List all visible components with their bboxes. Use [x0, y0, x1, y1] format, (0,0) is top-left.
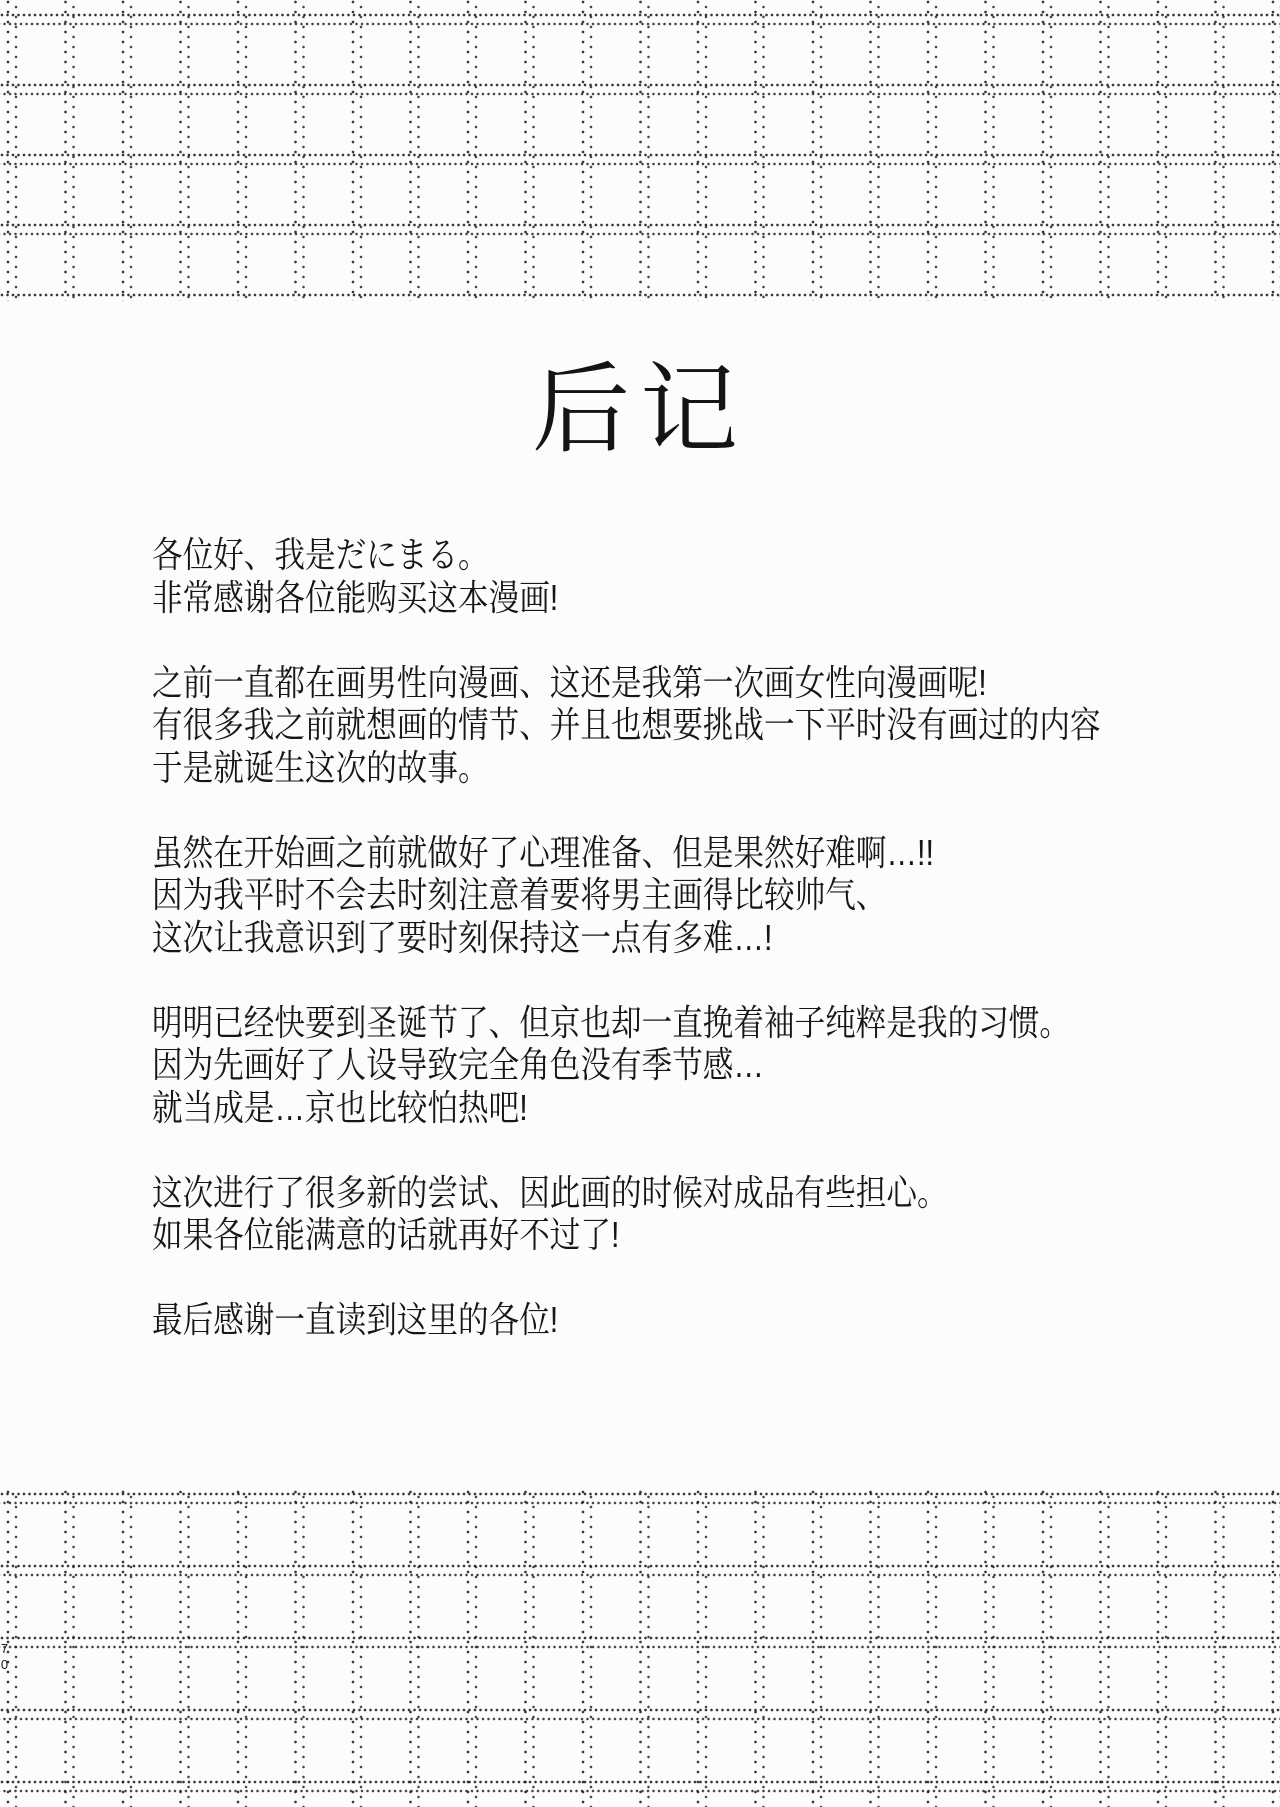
text-line: 各位好、我是だにまる。: [152, 534, 1223, 577]
paragraph-christmas-sleeves: 明明已经快要到圣诞节了、但京也却一直挽着袖子纯粹是我的习惯。 因为先画好了人设导…: [152, 1002, 1223, 1130]
text-line: 之前一直都在画男性向漫画、这还是我第一次画女性向漫画呢!: [152, 662, 1223, 705]
text-line: 这次让我意识到了要时刻保持这一点有多难…!: [152, 917, 1223, 960]
text-line: 如果各位能满意的话就再好不过了!: [152, 1214, 1223, 1257]
top-dotted-grid-decoration: [0, 0, 1280, 301]
manga-afterword-page: 后记 各位好、我是だにまる。 非常感谢各位能购买这本漫画! 之前一直都在画男性向…: [0, 0, 1280, 1807]
text-line: 非常感谢各位能购买这本漫画!: [152, 577, 1223, 620]
text-line: 因为先画好了人设导致完全角色没有季节感…: [152, 1044, 1223, 1087]
text-line: 明明已经快要到圣诞节了、但京也却一直挽着袖子纯粹是我的习惯。: [152, 1002, 1223, 1045]
text-line: 就当成是…京也比较怕热吧!: [152, 1087, 1223, 1130]
paragraph-greeting: 各位好、我是だにまる。 非常感谢各位能购买这本漫画!: [152, 534, 1223, 619]
text-line: 最后感谢一直读到这里的各位!: [152, 1299, 1223, 1342]
text-line: 于是就诞生这次的故事。: [152, 747, 1223, 790]
paragraph-new-attempts: 这次进行了很多新的尝试、因此画的时候对成品有些担心。 如果各位能满意的话就再好不…: [152, 1172, 1223, 1257]
paragraph-thanks: 最后感谢一直读到这里的各位!: [152, 1299, 1223, 1342]
text-line: 有很多我之前就想画的情节、并且也想要挑战一下平时没有画过的内容: [152, 704, 1223, 747]
text-line: 虽然在开始画之前就做好了心理准备、但是果然好难啊…!!: [152, 832, 1223, 875]
text-line: 这次进行了很多新的尝试、因此画的时候对成品有些担心。: [152, 1172, 1223, 1215]
bottom-dotted-grid-decoration: [0, 1490, 1280, 1807]
page-title: 后记: [0, 356, 1280, 462]
paragraph-difficulty: 虽然在开始画之前就做好了心理准备、但是果然好难啊…!! 因为我平时不会去时刻注意…: [152, 832, 1223, 960]
text-line: 因为我平时不会去时刻注意着要将男主画得比较帅气、: [152, 874, 1223, 917]
afterword-text-block: 各位好、我是だにまる。 非常感谢各位能购买这本漫画! 之前一直都在画男性向漫画、…: [152, 534, 1223, 1342]
paragraph-first-josei-work: 之前一直都在画男性向漫画、这还是我第一次画女性向漫画呢! 有很多我之前就想画的情…: [152, 662, 1223, 790]
